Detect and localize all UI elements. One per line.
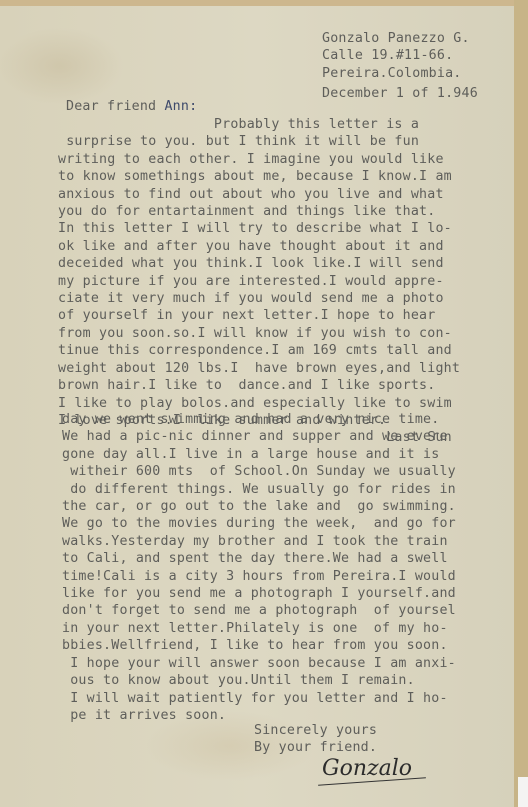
- closing-line-2: By your friend.: [254, 739, 377, 756]
- scan-corner: [518, 777, 528, 807]
- handwritten-signature: Gonzalo: [322, 756, 412, 781]
- sender-city: Pereira.Colombia.: [322, 65, 478, 82]
- recipient-name: Ann:: [164, 99, 197, 114]
- closing-block: Sincerely yoursBy your friend.: [254, 722, 377, 757]
- salutation-prefix: Dear friend: [66, 99, 164, 114]
- salutation: Dear friend Ann:: [66, 98, 197, 115]
- letter-body-part2: day we went swimming and had a very nice…: [62, 411, 456, 724]
- scan-right-edge: [514, 0, 528, 807]
- letter-body-part1: Probably this letter is a surprise to yo…: [58, 116, 460, 447]
- letter-date: December 1 of 1.946: [322, 85, 478, 102]
- closing-line-1: Sincerely yours: [254, 722, 377, 739]
- sender-address-block: Gonzalo Panezzo G.Calle 19.#11-66.Pereir…: [322, 30, 478, 103]
- sender-name: Gonzalo Panezzo G.: [322, 30, 478, 47]
- sender-street: Calle 19.#11-66.: [322, 47, 478, 64]
